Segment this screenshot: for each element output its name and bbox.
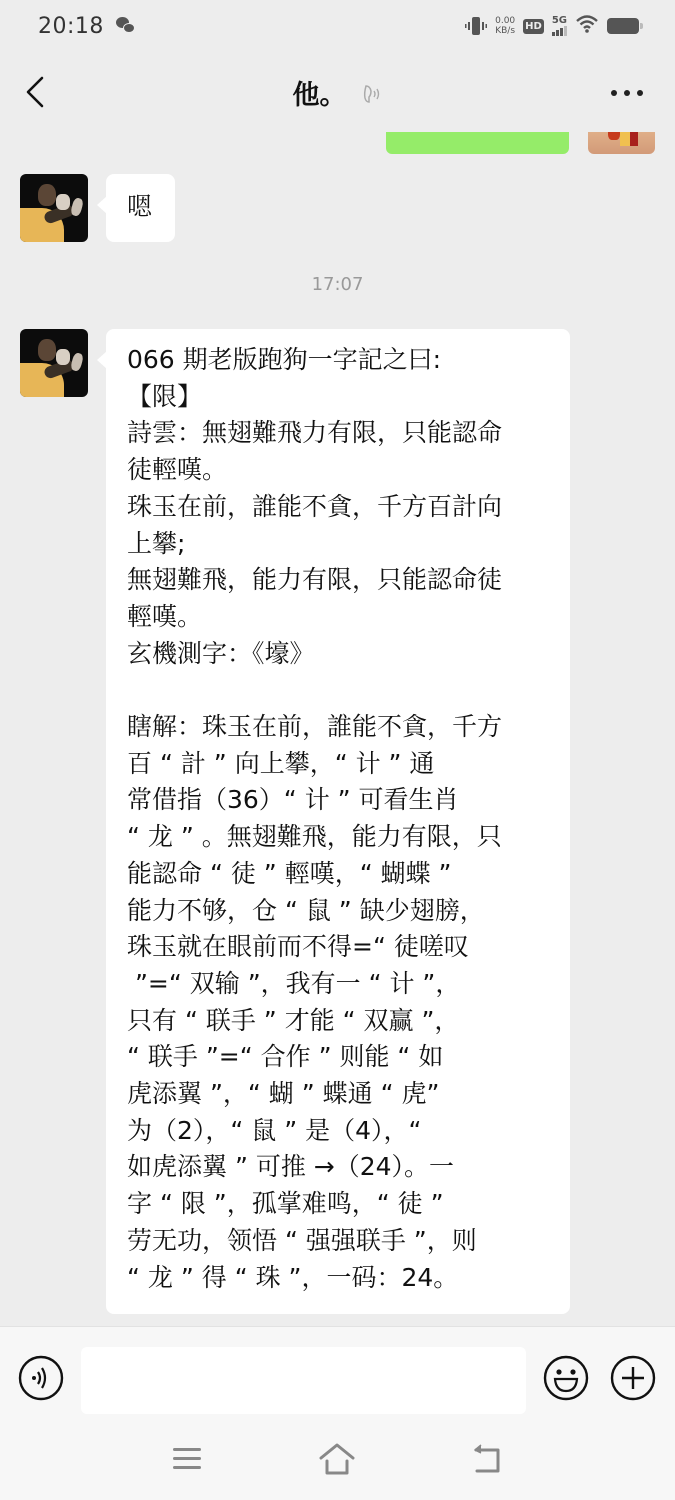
message-timestamp: 17:07: [0, 274, 675, 295]
net-speed: 0.00 KB/s: [495, 16, 515, 36]
incoming-message-bubble[interactable]: 066 期老版跑狗一字記之曰: 【限】 詩雲：無翅難飛力有限，只能認命 徒輕嘆。…: [106, 329, 570, 1314]
back-icon: [470, 1444, 504, 1474]
menu-icon: [172, 1446, 202, 1472]
more-icon-dot: [637, 90, 643, 96]
recent-apps-button[interactable]: [172, 1446, 202, 1472]
message-line: 徒輕嘆。: [127, 452, 570, 489]
message-line: 虎添翼 ”，“ 蝴 ” 蝶通 “ 虎”: [127, 1076, 570, 1113]
message-line: 珠玉在前，誰能不貪，千方百計向: [127, 489, 570, 526]
message-line: 066 期老版跑狗一字記之曰:: [127, 342, 570, 379]
message-line: [127, 672, 570, 709]
chat-title: 他。: [293, 73, 383, 112]
message-line: 珠玉就在眼前而不得=“ 徒嗟叹: [127, 929, 570, 966]
message-line: 字 “ 限 ”，孤掌难鸣，“ 徒 ”: [127, 1186, 570, 1223]
message-line: 为（2），“ 鼠 ” 是（4），“: [127, 1113, 570, 1150]
home-button[interactable]: [318, 1442, 356, 1476]
net-speed-unit: KB/s: [495, 26, 515, 36]
chat-message-list[interactable]: 嗯 17:07 066 期老版跑狗一字記之曰: 【限】 詩雲：無翅難飛力有限，只…: [0, 132, 675, 1326]
message-line: 能認命 “ 徒 ” 輕嘆，“ 蝴蝶 ”: [127, 856, 570, 893]
net-speed-value: 0.00: [495, 16, 515, 26]
message-line: “ 联手 ”=“ 合作 ” 则能 “ 如: [127, 1039, 570, 1076]
back-button[interactable]: [22, 76, 52, 108]
hd-icon: HD: [523, 19, 544, 34]
message-line: 瞎解：珠玉在前，誰能不貪，千方: [127, 709, 570, 746]
signal-icon: 5G: [552, 16, 567, 36]
message-line: 百 “ 計 ” 向上攀，“ 计 ” 通: [127, 746, 570, 783]
more-functions-button[interactable]: [610, 1355, 656, 1401]
outgoing-message-bubble[interactable]: [386, 132, 569, 154]
message-line: 詩雲：無翅難飛力有限，只能認命: [127, 415, 570, 452]
battery-icon: [607, 18, 639, 34]
message-line: 【限】: [127, 379, 570, 416]
message-line: ”=“ 双输 ”，我有一 “ 计 ”，: [127, 966, 570, 1003]
chat-title-text: 他。: [293, 73, 347, 112]
status-bar: 20:18 0.00 KB/s HD 5G: [0, 0, 675, 52]
mute-notification-icon: [361, 81, 383, 103]
vibrate-icon: [465, 15, 487, 37]
chat-header: 他。: [0, 52, 675, 132]
wifi-icon: [575, 14, 599, 38]
message-line: 能力不够，仓 “ 鼠 ” 缺少翅膀，: [127, 893, 570, 930]
contact-avatar[interactable]: [20, 329, 88, 397]
my-avatar[interactable]: [588, 132, 655, 154]
voice-input-icon: [18, 1355, 64, 1401]
voice-input-button[interactable]: [18, 1355, 64, 1401]
incoming-message-bubble[interactable]: 嗯: [106, 174, 175, 242]
status-icons: 0.00 KB/s HD 5G: [465, 14, 639, 38]
message-line: “ 龙 ” 。無翅難飛，能力有限，只: [127, 819, 570, 856]
more-button[interactable]: [611, 90, 643, 96]
message-line: 如虎添翼 ” 可推 →（24）。一: [127, 1149, 570, 1186]
status-time: 20:18: [38, 14, 104, 39]
message-line: “ 龙 ” 得 “ 珠 ”，一码：24。: [127, 1260, 570, 1297]
more-icon-dot: [624, 90, 630, 96]
system-back-button[interactable]: [470, 1444, 504, 1474]
more-icon-dot: [611, 90, 617, 96]
emoji-icon: [543, 1355, 589, 1401]
network-type: 5G: [552, 16, 567, 26]
message-line: 上攀;: [127, 526, 570, 563]
message-line: 劳无功，领悟 “ 强强联手 ”，则: [127, 1223, 570, 1260]
message-line: 輕嘆。: [127, 599, 570, 636]
wechat-icon: [116, 17, 136, 35]
message-line: 只有 “ 联手 ” 才能 “ 双赢 ”，: [127, 1003, 570, 1040]
emoji-button[interactable]: [543, 1355, 589, 1401]
home-icon: [318, 1442, 356, 1476]
contact-avatar[interactable]: [20, 174, 88, 242]
message-input[interactable]: [81, 1347, 526, 1414]
system-navigation-bar: [0, 1420, 675, 1500]
message-line: 常借指（36）“ 计 ” 可看生肖: [127, 782, 570, 819]
message-line: 無翅難飛，能力有限，只能認命徒: [127, 562, 570, 599]
message-text: 嗯: [127, 189, 175, 226]
message-line: 玄機測字：《壕》: [127, 636, 570, 673]
plus-icon: [610, 1355, 656, 1401]
